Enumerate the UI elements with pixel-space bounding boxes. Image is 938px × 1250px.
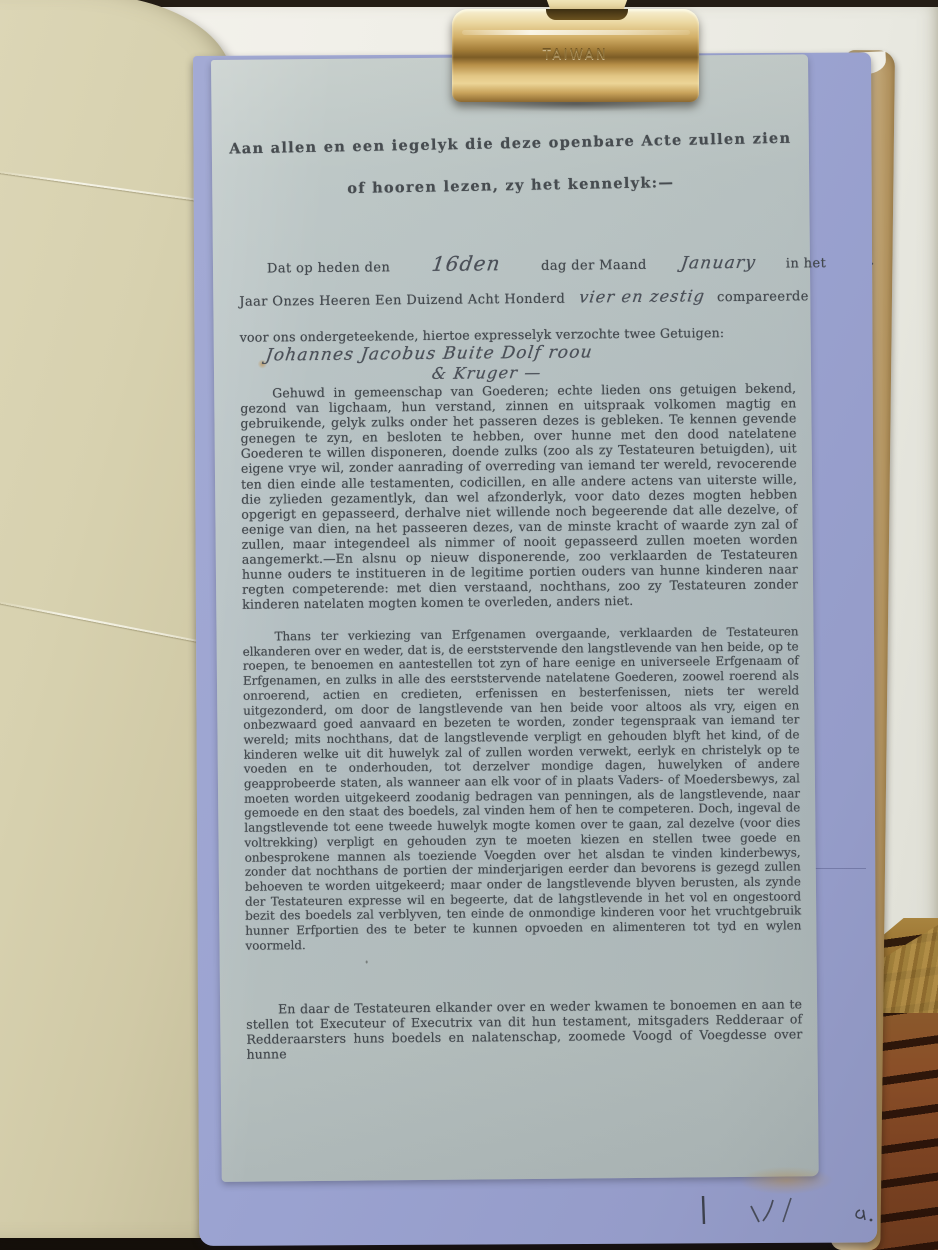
body-paragraph-1: Gehuwd in gemeenschap van Goederen; echt… <box>240 380 798 612</box>
printed-text: in het <box>786 256 827 271</box>
document-heading-line1: Aan allen en een iegelyk die deze openba… <box>212 129 809 157</box>
clip-highlight <box>462 30 690 35</box>
photo-of-document: { "scene": { "clip_stamp": "TAIWAN" }, "… <box>0 0 938 1250</box>
body-paragraph-2: Thans ter verkiezing van Erfgenamen over… <box>242 624 801 953</box>
date-line-2: Jaar Onzes Heeren Een Duizend Acht Honde… <box>239 285 795 309</box>
printed-text: dag der Maand <box>541 258 647 274</box>
printed-text: Jaar Onzes Heeren Een Duizend Acht Honde… <box>239 292 565 310</box>
date-line-1: Dat op heden den16dendag der MaandJanuar… <box>239 248 795 277</box>
handwritten-month: January <box>679 253 757 274</box>
ink-speck <box>366 961 368 964</box>
printed-text: Dat op heden den <box>267 260 390 276</box>
clip-stamp-text: TAIWAN <box>452 48 699 63</box>
document-heading-line2: of hooren lezen, zy het kennelyk:— <box>212 172 809 200</box>
document-page: Aan allen en een iegelyk die deze openba… <box>211 54 819 1182</box>
handwritten-witness-names-line2: & Kruger — <box>431 363 543 383</box>
handwritten-day: 16den <box>431 251 503 276</box>
witness-intro-line: voor ons ondergeteekende, hiertoe expres… <box>240 324 796 344</box>
handwritten-witness-names-line1: Johannes Jacobus Buite Dolf roou <box>265 342 595 365</box>
printed-text: compareerde <box>717 289 809 305</box>
handwritten-year: vier en zestig <box>578 286 706 306</box>
body-paragraph-3: En daar de Testateuren elkander over en … <box>246 996 803 1062</box>
clip-slot <box>546 9 628 20</box>
ink-marks <box>655 1188 885 1232</box>
